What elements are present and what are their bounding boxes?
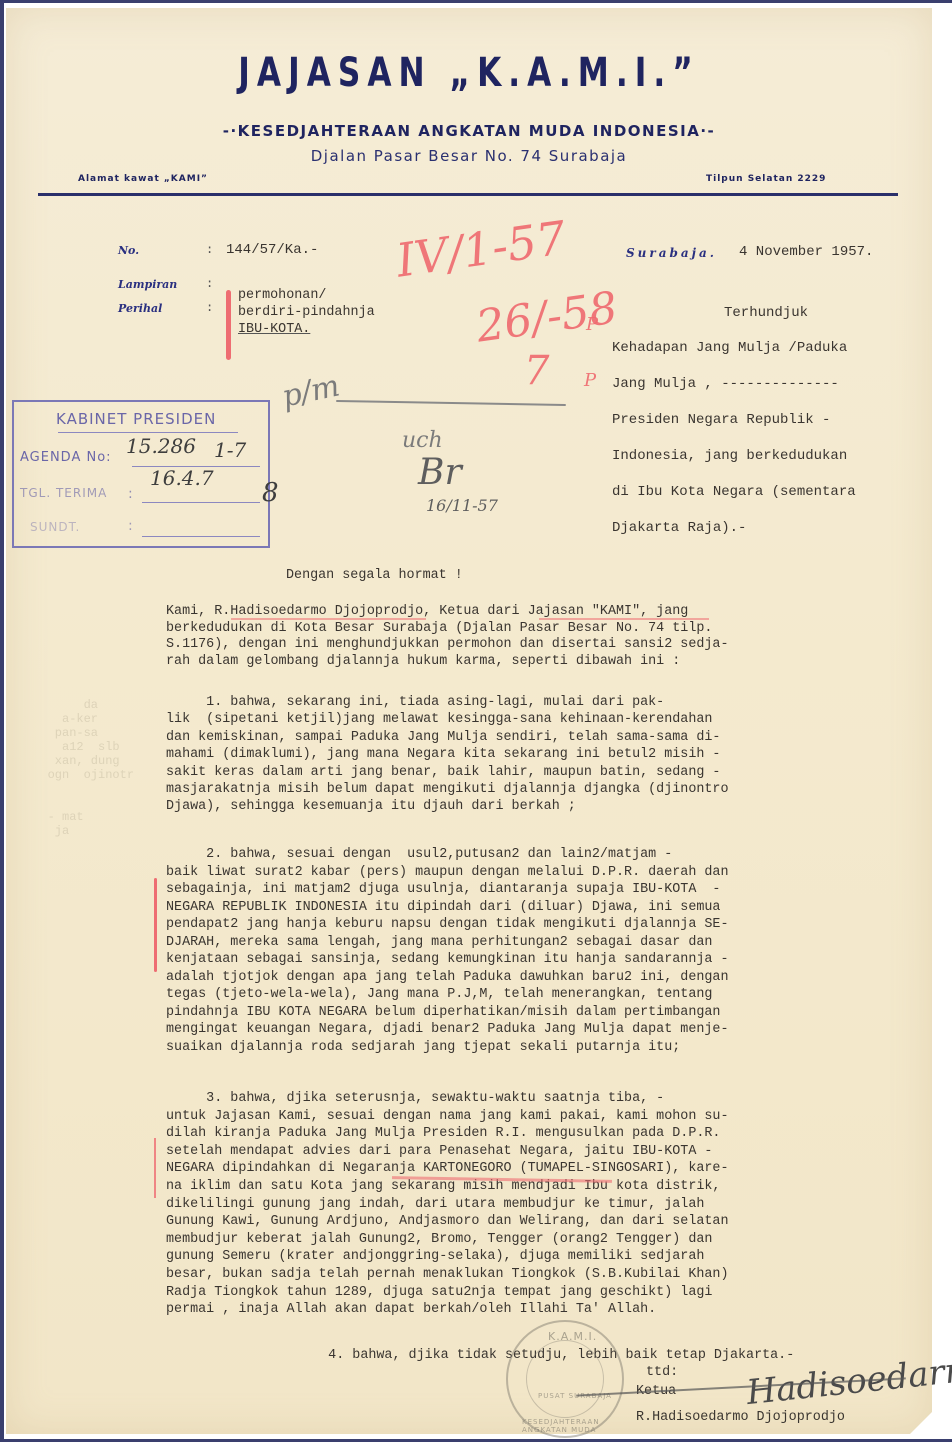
point-2-line: NEGARA REPUBLIK INDONESIA itu dipindah d… — [166, 899, 729, 917]
red-underline-ketua — [539, 618, 709, 620]
kabinet-presiden-stamp: KABINET PRESIDEN AGENDA No: 15.286 1-7 T… — [12, 400, 270, 548]
point-3-line: dilah kiranja Paduka Jang Mulja Presiden… — [166, 1125, 729, 1143]
point-2-line: kenjataan sebagai sansinja, sedang kemun… — [166, 951, 729, 969]
intro-paragraph: Kami, R.Hadisoedarmo Djojoprodjo, Ketua … — [166, 604, 729, 670]
seal-top-text: K.A.M.I. — [548, 1330, 597, 1343]
intro-line-4: rah dalam gelombang djalannja hukum karm… — [166, 654, 729, 671]
point-3-line: permai , inaja Allah akan dapat berkah/o… — [166, 1301, 729, 1319]
stamp-margin-mark: 8 — [262, 478, 279, 508]
perihal-line-2: berdiri-pindahnja — [238, 305, 375, 320]
point-2-line: sebagainja, ini matjam2 djuga usulnja, d… — [166, 881, 729, 899]
dateline-place: Surabaja. — [626, 246, 717, 260]
red-margin-mark-point-2 — [154, 878, 157, 972]
recipient-line-7: Djakarta Raja).- — [612, 520, 746, 536]
lampiran-colon: : — [206, 276, 213, 290]
pencil-uch: uch — [402, 428, 443, 453]
point-3-line: Radja Tiongkok tahun 1289, djuga satu2nj… — [166, 1284, 729, 1302]
pencil-initial: p/m — [279, 368, 343, 414]
point-3-line: na iklim dan satu Kota jang sekarang mis… — [166, 1178, 729, 1196]
point-3-line: gunung Semeru (krater andjonggring-selak… — [166, 1248, 729, 1266]
stamp-tgl-colon: : — [128, 486, 134, 502]
stamp-tgl-value: 16.4.7 — [150, 466, 214, 490]
recipient-line-1: Terhundjuk — [724, 305, 808, 321]
point-1-line: 1. bahwa, sekarang ini, tiada asing-lagi… — [166, 694, 729, 711]
perihal-line-3: IBU-KOTA. — [238, 322, 310, 337]
perihal-line-1: permohonan/ — [238, 288, 326, 303]
point-2-line: mengingat keuangan Negara, djadi benar2 … — [166, 1021, 729, 1039]
stamp-tgl-label: TGL. TERIMA — [20, 486, 107, 500]
red-annotation-p1: P — [586, 314, 598, 335]
point-2-line: baik liwat surat2 kabar (pers) maupun de… — [166, 864, 729, 882]
point-3-line: membudjur keberat jalah Gunung2, Bromo, … — [166, 1231, 729, 1249]
lampiran-label: Lampiran — [118, 278, 177, 291]
no-label: No. — [118, 244, 139, 257]
point-2-line: suaikan djalannja roda sedjarah jang tje… — [166, 1039, 729, 1057]
point-3-line: dikelilingi gunung jang indah, dari utar… — [166, 1196, 729, 1214]
pencil-date: 16/11-57 — [426, 496, 498, 515]
point-1-line: sakit keras dalam arti jang benar, baik … — [166, 764, 729, 781]
intro-line-2: berkedudukan di Kota Besar Surabaja (Dja… — [166, 621, 729, 638]
recipient-line-5: Indonesia, jang berkedudukan — [612, 448, 847, 464]
letterhead-rule — [38, 193, 898, 196]
perihal-label: Perihal — [118, 302, 162, 315]
red-underline-name — [231, 618, 426, 620]
point-3-line: setelah mendapat advies dari para Penase… — [166, 1143, 729, 1161]
ttd-label: ttd: — [646, 1365, 678, 1380]
letterhead-address: Djalan Pasar Besar No. 74 Surabaja — [6, 147, 932, 165]
stamp-title-underline — [58, 432, 238, 433]
red-annotation-p2: P — [584, 370, 596, 391]
point-3-line: untuk Jajasan Kami, sesuai dengan nama j… — [166, 1108, 729, 1126]
pencil-br: Br — [418, 452, 462, 493]
seal-inner-ring — [526, 1340, 604, 1418]
point-3-paragraph: 3. bahwa, djika seterusnja, sewaktu-wakt… — [166, 1090, 729, 1319]
stamp-agenda-label: AGENDA No: — [20, 450, 112, 465]
perihal-colon: : — [206, 300, 213, 314]
salutation: Dengan segala hormat ! — [286, 568, 463, 583]
no-colon: : — [206, 242, 213, 256]
letterhead-title: JAJASAN „K.A.M.I.” — [108, 50, 830, 96]
point-1-line: mahami (dimaklumi), jang mana Negara kit… — [166, 746, 729, 763]
point-3-line: 3. bahwa, djika seterusnja, sewaktu-wakt… — [166, 1090, 729, 1108]
red-annotation-second: 26/-58 — [473, 282, 620, 352]
intro-line-3: S.1176), dengan ini menghundjukkan permo… — [166, 637, 729, 654]
stamp-sundt-label: SUNDT. — [30, 520, 80, 534]
organization-seal: K.A.M.I. KESEDJAHTERAAN ANGKATAN MUDA PU… — [506, 1320, 624, 1438]
stamp-sundt-colon: : — [128, 518, 134, 534]
recipient-line-6: di Ibu Kota Negara (sementara — [612, 484, 856, 500]
stamp-agenda-value: 15.286 — [126, 434, 196, 458]
point-3-line: besar, bukan sadja telah pernah menakluk… — [166, 1266, 729, 1284]
dateline-date: 4 November 1957. — [739, 244, 873, 260]
stamp-title: KABINET PRESIDEN — [56, 410, 216, 428]
point-2-line: DJARAH, mereka sama lengah, jang mana pe… — [166, 934, 729, 952]
stamp-tgl-line — [142, 502, 260, 503]
pencil-stroke — [336, 400, 566, 406]
point-3-line: Gunung Kawi, Gunung Ardjuno, Andjasmoro … — [166, 1213, 729, 1231]
point-2-paragraph: 2. bahwa, sesuai dengan usul2,putusan2 d… — [166, 846, 729, 1056]
red-annotation-top: IV/1-57 — [393, 210, 569, 287]
bleed-through-text: da a-ker pan-sa a12 slb xan, dung ogn oj… — [26, 698, 134, 838]
letterhead-subtitle: -·KESEDJAHTERAAN ANGKATAN MUDA INDONESIA… — [6, 122, 932, 140]
document-page: JAJASAN „K.A.M.I.” -·KESEDJAHTERAAN ANGK… — [6, 8, 932, 1434]
recipient-line-4: Presiden Negara Republik - — [612, 412, 830, 428]
point-2-line: tegas (tjeto-wela-wela), Jang mana P.J,M… — [166, 986, 729, 1004]
point-2-line: pindahnja IBU KOTA NEGARA belum diperhat… — [166, 1004, 729, 1022]
point-1-line: masjarakatnja misih belum dapat mengikut… — [166, 781, 729, 798]
telephone-number: Tilpun Selatan 2229 — [706, 174, 826, 184]
recipient-line-3: Jang Mulja , -------------- — [612, 376, 839, 392]
red-annotation-third: 7 — [524, 348, 549, 394]
red-margin-mark-point-3 — [154, 1138, 156, 1198]
stamp-sundt-line — [142, 536, 260, 537]
point-2-line: adalah tjotjok dengan apa jang telah Pad… — [166, 969, 729, 987]
point-2-line: pendapat2 jang hanja keburu napsu dengan… — [166, 916, 729, 934]
red-margin-bar — [226, 290, 231, 360]
folded-corner — [910, 1412, 932, 1434]
point-1-line: lik (sipetani ketjil)jang melawat kesing… — [166, 711, 729, 728]
signatory-name: R.Hadisoedarmo Djojoprodjo — [636, 1410, 845, 1425]
point-1-line: dan kemiskinan, sampai Paduka Jang Mulja… — [166, 729, 729, 746]
point-3-line: NEGARA dipindahkan di Negaranja KARTONEG… — [166, 1160, 729, 1178]
stamp-agenda-extra: 1-7 — [214, 438, 246, 462]
cable-address: Alamat kawat „KAMI” — [78, 174, 208, 184]
recipient-line-2: Kehadapan Jang Mulja /Paduka — [612, 340, 847, 356]
point-1-line: Djawa), sehingga kesemuanja itu djauh da… — [166, 798, 729, 815]
seal-ring-text: KESEDJAHTERAAN ANGKATAN MUDA — [522, 1418, 622, 1434]
reference-number: 144/57/Ka.- — [226, 242, 318, 258]
point-1-paragraph: 1. bahwa, sekarang ini, tiada asing-lagi… — [166, 694, 729, 816]
point-2-line: 2. bahwa, sesuai dengan usul2,putusan2 d… — [166, 846, 729, 864]
